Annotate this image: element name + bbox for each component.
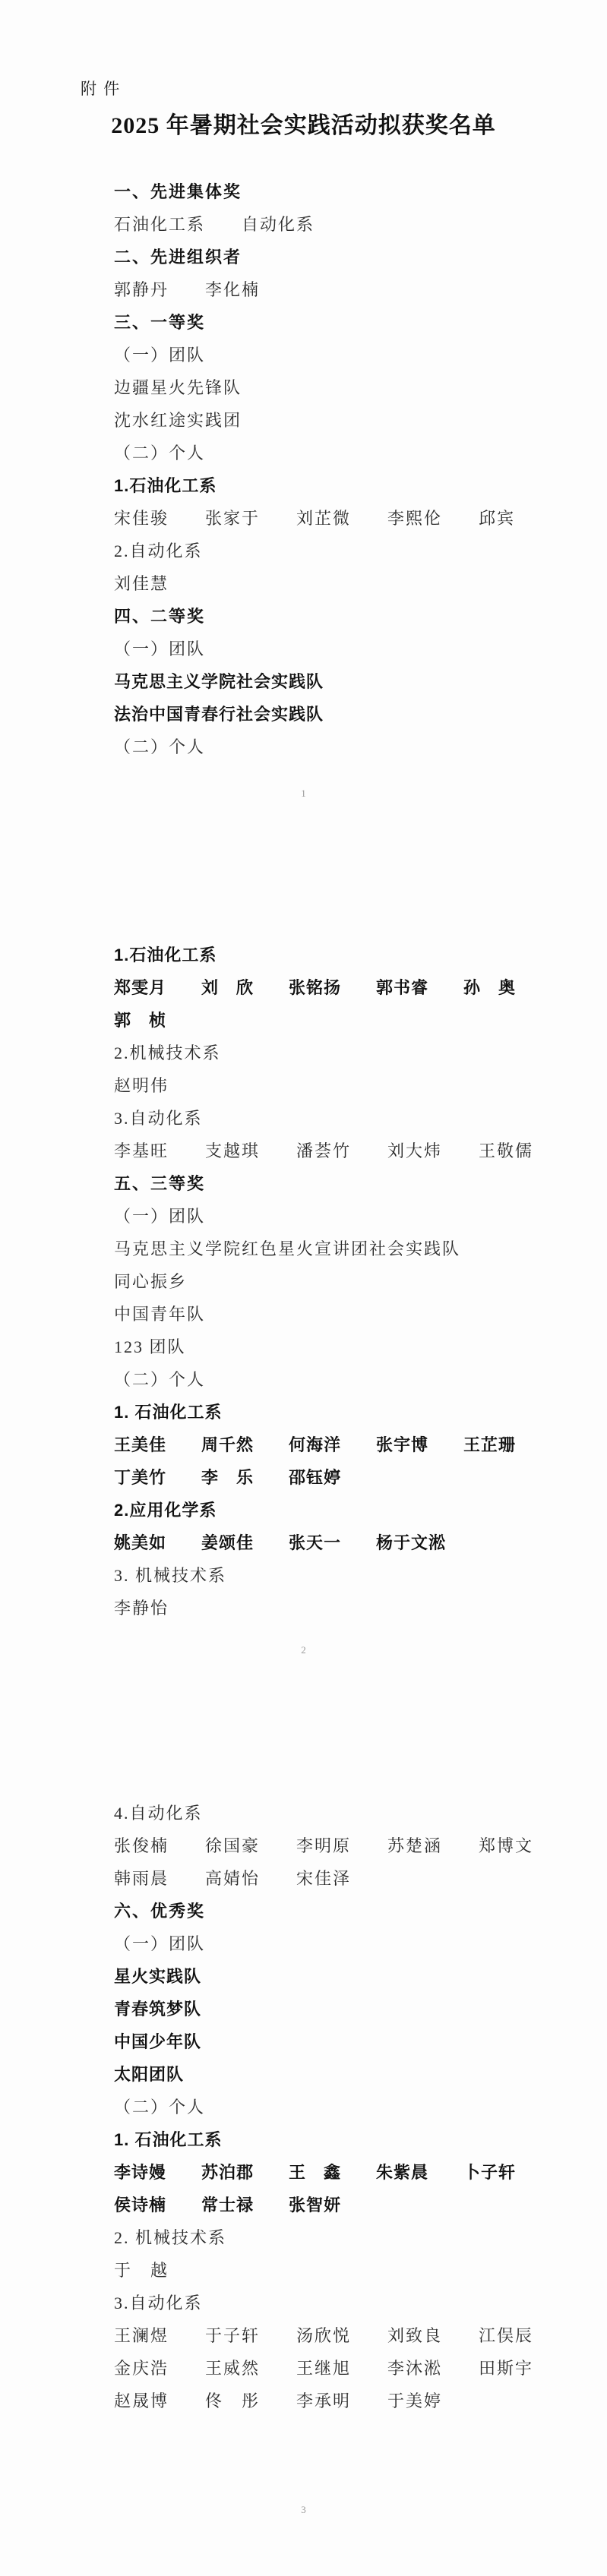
- subsection-label: （一）团队: [114, 1200, 577, 1233]
- department-label: 2. 机械技术系: [114, 2221, 577, 2254]
- winner-names: 丁美竹 李 乐 邵钰婷: [114, 1461, 577, 1494]
- team-name: 123 团队: [114, 1331, 577, 1363]
- winner-names: 侯诗楠 常士禄 张智妍: [114, 2189, 577, 2221]
- winner-names: 郭静丹 李化楠: [114, 273, 577, 306]
- department-label: 1.石油化工系: [114, 469, 577, 502]
- department-label: 1. 石油化工系: [114, 2123, 577, 2156]
- department-label: 3.自动化系: [114, 2287, 577, 2319]
- subsection-label: （二）个人: [114, 437, 577, 469]
- winner-names: 郑雯月 刘 欣 张铭扬 郭书睿 孙 奥: [114, 971, 577, 1004]
- team-name: 边疆星火先锋队: [114, 371, 577, 404]
- team-name: 马克思主义学院红色星火宣讲团社会实践队: [114, 1233, 577, 1265]
- document-title: 2025 年暑期社会实践活动拟获奖名单: [0, 111, 607, 141]
- scanned-award-document: 附 件 2025 年暑期社会实践活动拟获奖名单 一、先进集体奖石油化工系 自动化…: [0, 0, 607, 2576]
- page-3-body: 4.自动化系张俊楠 徐国豪 李明原 苏楚涵 郑博文韩雨晨 高婧怡 宋佳泽六、优秀…: [114, 1797, 577, 2417]
- winner-names: 姚美如 姜颂佳 张天一 杨于文淞: [114, 1526, 577, 1559]
- winner-name: 于 越: [114, 2254, 577, 2287]
- subsection-label: （二）个人: [114, 1363, 577, 1396]
- team-name: 法治中国青春行社会实践队: [114, 698, 577, 731]
- section-heading: 四、二等奖: [114, 600, 577, 633]
- department-label: 3.自动化系: [114, 1102, 577, 1135]
- department-label: 2.应用化学系: [114, 1494, 577, 1526]
- team-name: 马克思主义学院社会实践队: [114, 665, 577, 698]
- section-heading: 六、优秀奖: [114, 1895, 577, 1927]
- page-2: 1.石油化工系郑雯月 刘 欣 张铭扬 郭书睿 孙 奥郭 桢2.机械技术系赵明伟3…: [0, 939, 607, 1656]
- winner-name: 刘佳慧: [114, 567, 577, 600]
- page-number-3: 3: [46, 2504, 561, 2516]
- team-name: 中国少年队: [114, 2025, 577, 2058]
- winner-name: 赵明伟: [114, 1069, 577, 1102]
- winner-names: 石油化工系 自动化系: [114, 208, 577, 241]
- department-label: 2.自动化系: [114, 535, 577, 567]
- team-name: 青春筑梦队: [114, 1993, 577, 2025]
- page-1: 一、先进集体奖石油化工系 自动化系二、先进组织者郭静丹 李化楠三、一等奖（一）团…: [0, 175, 607, 800]
- winner-names: 赵晟博 佟 彤 李承明 于美婷: [114, 2385, 577, 2417]
- page-2-body: 1.石油化工系郑雯月 刘 欣 张铭扬 郭书睿 孙 奥郭 桢2.机械技术系赵明伟3…: [114, 939, 577, 1624]
- team-name: 同心振乡: [114, 1265, 577, 1298]
- subsection-label: （一）团队: [114, 633, 577, 665]
- team-name: 中国青年队: [114, 1298, 577, 1331]
- department-label: 1.石油化工系: [114, 939, 577, 971]
- team-name: 太阳团队: [114, 2058, 577, 2091]
- winner-names: 李诗嫚 苏泊郡 王 鑫 朱紫晨 卜子轩: [114, 2156, 577, 2189]
- winner-names: 张俊楠 徐国豪 李明原 苏楚涵 郑博文: [114, 1829, 577, 1862]
- winner-names: 王美佳 周千然 何海洋 张宇博 王芷珊: [114, 1428, 577, 1461]
- winner-names: 宋佳骏 张家于 刘芷微 李熙伦 邱宾: [114, 502, 577, 535]
- subsection-label: （一）团队: [114, 339, 577, 371]
- section-heading: 二、先进组织者: [114, 241, 577, 273]
- team-name: 星火实践队: [114, 1960, 577, 1993]
- subsection-label: （二）个人: [114, 731, 577, 763]
- winner-names: 李基旺 支越琪 潘荟竹 刘大炜 王敬儒: [114, 1135, 577, 1167]
- department-label: 1. 石油化工系: [114, 1396, 577, 1428]
- subsection-label: （一）团队: [114, 1927, 577, 1960]
- page-1-body: 一、先进集体奖石油化工系 自动化系二、先进组织者郭静丹 李化楠三、一等奖（一）团…: [114, 175, 577, 763]
- subsection-label: （二）个人: [114, 2091, 577, 2123]
- winner-name: 李静怡: [114, 1592, 577, 1624]
- page-3: 4.自动化系张俊楠 徐国豪 李明原 苏楚涵 郑博文韩雨晨 高婧怡 宋佳泽六、优秀…: [0, 1797, 607, 2516]
- winner-names: 王澜煜 于子轩 汤欣悦 刘致良 江俣辰: [114, 2319, 577, 2352]
- department-label: 2.机械技术系: [114, 1037, 577, 1069]
- department-label: 3. 机械技术系: [114, 1559, 577, 1592]
- department-label: 4.自动化系: [114, 1797, 577, 1829]
- winner-names: 郭 桢: [114, 1004, 577, 1037]
- attachment-label: 附 件: [81, 0, 607, 99]
- section-heading: 一、先进集体奖: [114, 175, 577, 208]
- section-heading: 三、一等奖: [114, 306, 577, 339]
- page-number-1: 1: [46, 788, 561, 800]
- section-heading: 五、三等奖: [114, 1167, 577, 1200]
- winner-names: 金庆浩 王威然 王继旭 李沐淞 田斯宇: [114, 2352, 577, 2385]
- winner-names: 韩雨晨 高婧怡 宋佳泽: [114, 1862, 577, 1895]
- page-number-2: 2: [46, 1644, 561, 1656]
- team-name: 沈水红途实践团: [114, 404, 577, 437]
